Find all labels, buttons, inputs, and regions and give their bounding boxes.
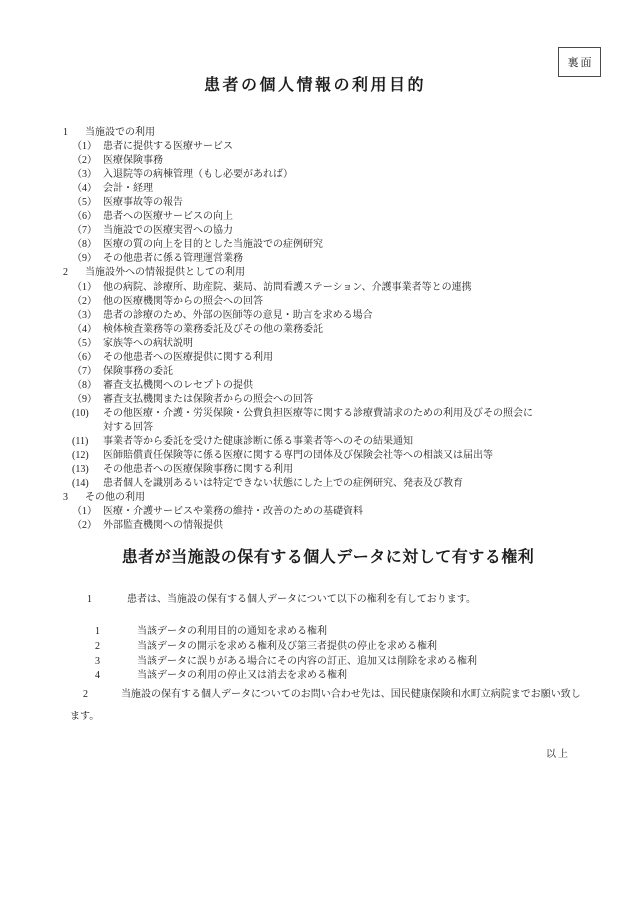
item-number: （9） — [72, 393, 103, 407]
item-text: 患者への医療サービスの向上 — [103, 210, 537, 224]
right-item: 1当該データの利用目的の通知を求める権利 — [63, 625, 570, 640]
item-text: 保険事務の委託 — [103, 365, 537, 379]
page-title: 患者の個人情報の利用目的 — [0, 0, 630, 98]
purpose-item: （1）医療・介護サービスや業務の維持・改善のための基礎資料 — [63, 505, 537, 519]
purpose-item: (10)その他医療・介護・労災保険・公費負担医療等に関する診療費請求のための利用… — [63, 407, 537, 435]
clause-text: 当施設の保有する個人データについてのお問い合わせ先は、国民健康保険和水町立病院ま… — [70, 689, 581, 722]
item-text: その他患者に係る管理運営業務 — [103, 252, 537, 266]
purpose-item: （1）他の病院、診療所、助産院、薬局、訪問看護ステーション、介護事業者等との連携 — [63, 281, 537, 295]
item-number: （8） — [72, 379, 103, 393]
document-content: 1当施設での利用（1）患者に提供する医療サービス（2）医療保険事務（3）入退院等… — [63, 126, 570, 762]
purpose-item: （3）患者の診療のため、外部の医師等の意見・助言を求める場合 — [63, 309, 537, 323]
purpose-item: （6）その他患者への医療提供に関する利用 — [63, 351, 537, 365]
right-text: 当該データの開示を求める権利及び第三者提供の停止を求める権利 — [137, 640, 570, 655]
item-number: （2） — [72, 519, 103, 533]
purpose-item: （9）その他患者に係る管理運営業務 — [63, 252, 537, 266]
right-item: 4当該データの利用の停止又は消去を求める権利 — [63, 669, 570, 684]
clause-number: 2 — [83, 689, 88, 700]
item-number: （7） — [72, 365, 103, 379]
purpose-item: （9）審査支払機関または保険者からの照会への回答 — [63, 393, 537, 407]
item-number: （1） — [72, 281, 103, 295]
right-number: 2 — [95, 640, 137, 655]
item-number: （3） — [72, 309, 103, 323]
clause-number: 1 — [87, 593, 127, 607]
purpose-item: （5）家族等への病状説明 — [63, 337, 537, 351]
purpose-item: （3）入退院等の病棟管理（もし必要があれば） — [63, 168, 537, 182]
item-text: 医療保険事務 — [103, 154, 537, 168]
right-number: 3 — [95, 655, 137, 670]
purpose-item: (11)事業者等から委託を受けた健康診断に係る事業者等へのその結果通知 — [63, 435, 537, 449]
right-text: 当該データの利用目的の通知を求める権利 — [137, 625, 570, 640]
item-number: （1） — [72, 140, 103, 154]
item-number: (11) — [72, 435, 103, 449]
item-text: 医療の質の向上を目的とした当施設での症例研究 — [103, 238, 537, 252]
right-number: 4 — [95, 669, 137, 684]
purpose-list: 1当施設での利用（1）患者に提供する医療サービス（2）医療保険事務（3）入退院等… — [63, 126, 537, 533]
purpose-item: （7）当施設での医療実習への協力 — [63, 224, 537, 238]
purpose-item: （6）患者への医療サービスの向上 — [63, 210, 537, 224]
item-number: （2） — [72, 154, 103, 168]
item-text: 患者個人を識別あるいは特定できない状態にした上での症例研究、発表及び教育 — [103, 477, 537, 491]
purpose-item: (13)その他患者への医療保険事務に関する利用 — [63, 463, 537, 477]
right-item: 3当該データに誤りがある場合にその内容の訂正、追加又は削除を求める権利 — [63, 655, 570, 670]
purpose-item: （4）会計・経理 — [63, 182, 537, 196]
rights-list: 1当該データの利用目的の通知を求める権利2当該データの開示を求める権利及び第三者… — [63, 625, 570, 683]
rights-title: 患者が当施設の保有する個人データに対して有する権利 — [0, 547, 630, 569]
item-text: 医療事故等の報告 — [103, 196, 537, 210]
item-number: （3） — [72, 168, 103, 182]
purpose-item: （8）医療の質の向上を目的とした当施設での症例研究 — [63, 238, 537, 252]
clause-text: 患者は、当施設の保有する個人データについて以下の権利を有しております。 — [127, 593, 570, 607]
item-text: 医師賠償責任保険等に係る医療に関する専門の団体及び保険会社等への相談又は届出等 — [103, 449, 537, 463]
item-number: (10) — [72, 407, 103, 435]
item-number: （5） — [72, 196, 103, 210]
right-item: 2当該データの開示を求める権利及び第三者提供の停止を求める権利 — [63, 640, 570, 655]
section-title: 当施設外への情報提供としての利用 — [85, 266, 537, 280]
section-title: その他の利用 — [85, 491, 537, 505]
document-page: 裏面 患者の個人情報の利用目的 1当施設での利用（1）患者に提供する医療サービス… — [0, 0, 630, 903]
purpose-item: （7）保険事務の委託 — [63, 365, 537, 379]
item-number: (12) — [72, 449, 103, 463]
purpose-item: （4）検体検査業務等の業務委託及びその他の業務委託 — [63, 323, 537, 337]
right-text: 当該データの利用の停止又は消去を求める権利 — [137, 669, 570, 684]
item-number: （7） — [72, 224, 103, 238]
item-text: その他患者への医療提供に関する利用 — [103, 351, 537, 365]
purpose-item: （1）患者に提供する医療サービス — [63, 140, 537, 154]
item-text: 会計・経理 — [103, 182, 537, 196]
section-heading: 2当施設外への情報提供としての利用 — [63, 266, 537, 280]
item-text: その他患者への医療保険事務に関する利用 — [103, 463, 537, 477]
item-text: 患者の診療のため、外部の医師等の意見・助言を求める場合 — [103, 309, 537, 323]
item-text: 審査支払機関へのレセプトの提供 — [103, 379, 537, 393]
corner-label: 裏面 — [568, 54, 594, 70]
item-number: (14) — [72, 477, 103, 491]
item-text: 入退院等の病棟管理（もし必要があれば） — [103, 168, 537, 182]
item-number: (13) — [72, 463, 103, 477]
item-text: 家族等への病状説明 — [103, 337, 537, 351]
item-text: 当施設での医療実習への協力 — [103, 224, 537, 238]
item-text: 検体検査業務等の業務委託及びその他の業務委託 — [103, 323, 537, 337]
item-number: （8） — [72, 238, 103, 252]
item-text: 審査支払機関または保険者からの照会への回答 — [103, 393, 537, 407]
purpose-item: (14)患者個人を識別あるいは特定できない状態にした上での症例研究、発表及び教育 — [63, 477, 537, 491]
right-text: 当該データに誤りがある場合にその内容の訂正、追加又は削除を求める権利 — [137, 655, 570, 670]
item-text: 事業者等から委託を受けた健康診断に係る事業者等へのその結果通知 — [103, 435, 537, 449]
item-number: （4） — [72, 182, 103, 196]
section-heading: 1当施設での利用 — [63, 126, 537, 140]
corner-label-box: 裏面 — [558, 47, 601, 77]
section-number: 2 — [63, 266, 85, 280]
purpose-item: （2）医療保険事務 — [63, 154, 537, 168]
purpose-item: (12)医師賠償責任保険等に係る医療に関する専門の団体及び保険会社等への相談又は… — [63, 449, 537, 463]
item-number: （4） — [72, 323, 103, 337]
item-number: （6） — [72, 210, 103, 224]
section-number: 1 — [63, 126, 85, 140]
rights-clause-1: 1 患者は、当施設の保有する個人データについて以下の権利を有しております。 — [63, 593, 570, 607]
item-text: 医療・介護サービスや業務の維持・改善のための基礎資料 — [103, 505, 537, 519]
item-number: （5） — [72, 337, 103, 351]
closing-label: 以上 — [63, 748, 570, 762]
section-heading: 3その他の利用 — [63, 491, 537, 505]
purpose-item: （5）医療事故等の報告 — [63, 196, 537, 210]
item-text: 他の病院、診療所、助産院、薬局、訪問看護ステーション、介護事業者等との連携 — [103, 281, 537, 295]
purpose-item: （2）外部監査機関への情報提供 — [63, 519, 537, 533]
item-number: （1） — [72, 505, 103, 519]
section-number: 3 — [63, 491, 85, 505]
item-number: （6） — [72, 351, 103, 365]
item-text: その他医療・介護・労災保険・公費負担医療等に関する診療費請求のための利用及びその… — [103, 407, 537, 435]
item-number: （9） — [72, 252, 103, 266]
purpose-item: （2）他の医療機関等からの照会への回答 — [63, 295, 537, 309]
inquiry-paragraph: 2当施設の保有する個人データについてのお問い合わせ先は、国民健康保険和水町立病院… — [70, 684, 590, 728]
item-text: 外部監査機関への情報提供 — [103, 519, 537, 533]
item-number: （2） — [72, 295, 103, 309]
item-text: 他の医療機関等からの照会への回答 — [103, 295, 537, 309]
right-number: 1 — [95, 625, 137, 640]
item-text: 患者に提供する医療サービス — [103, 140, 537, 154]
section-title: 当施設での利用 — [85, 126, 537, 140]
purpose-item: （8）審査支払機関へのレセプトの提供 — [63, 379, 537, 393]
